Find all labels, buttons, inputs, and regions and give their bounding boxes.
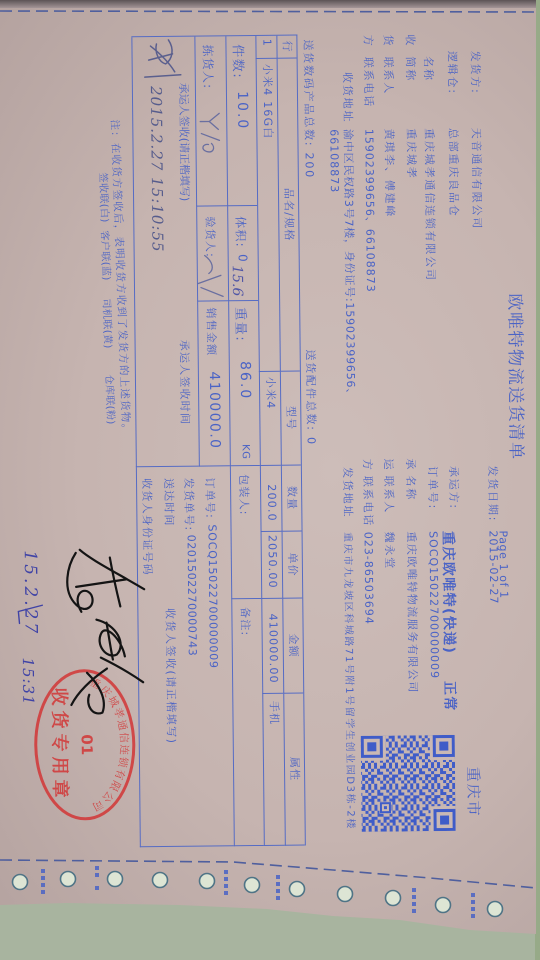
- sales-amount-cell: 销售金额 410000.0: [197, 301, 230, 466]
- row-quantity: 200.0: [260, 466, 282, 532]
- remark-label: 备注:: [237, 607, 253, 636]
- row-attribute: 手机: [262, 694, 285, 846]
- remark-cell: 备注:: [231, 599, 264, 846]
- consignee-name-value: 重庆城孝通信连锁有限公司: [422, 128, 436, 282]
- accessories-total: 送货配件总数: 0: [304, 349, 317, 446]
- stamp-title: 收货专用章: [48, 687, 71, 802]
- carrier-group-char: 方: [361, 459, 373, 472]
- carrier-group-char: 运: [382, 459, 394, 472]
- header-amount: 金额: [282, 599, 303, 694]
- order-info-cell: 订单号: SOCQ15022700000009 发货单号: 0201502270…: [136, 466, 234, 847]
- copy-label-white: 签收联(白): [96, 172, 110, 223]
- pieces-cell: 件数: 10.0: [225, 36, 257, 206]
- pieces-value: 10.0: [234, 91, 250, 130]
- carrier-sign-time-label: 承运人签收时间: [177, 340, 194, 426]
- row-amount: 410000.00: [261, 599, 283, 694]
- carrier-value: 重庆欧唯特(快递): [440, 531, 456, 655]
- consignee-group-char: 方: [361, 35, 373, 48]
- sales-amount-value: 410000.0: [206, 371, 223, 449]
- volume-label: 体积:: [232, 216, 249, 248]
- warehouse-label: 逻辑仓:: [446, 51, 458, 95]
- carrier-sign-datetime-handwritten: 2015.2.27 15:10:55: [147, 86, 167, 253]
- ship-from-address-label: 发货地址: [341, 467, 354, 518]
- consignee-group-char: 货: [381, 35, 393, 48]
- carrier-contact-label: 联系人: [382, 476, 394, 515]
- consignee-contact-label: 联系人: [382, 57, 394, 96]
- consignee-short-name-value: 重庆城孝: [404, 128, 417, 179]
- ship-date-label: 发货日期:: [486, 465, 499, 522]
- consignee-phone-label: 联系电话: [362, 57, 375, 108]
- shipment-no-label: 发货单号:: [181, 478, 198, 532]
- consignee-name-label: 名称: [422, 56, 434, 82]
- shipper-label: 发货方:: [469, 51, 481, 95]
- qr-code-icon: [361, 735, 456, 832]
- order-no-value: SOCQ15022700000009: [427, 531, 441, 679]
- header-quantity: 数量: [281, 466, 302, 532]
- shipment-no-value: 0201502270000743: [185, 535, 199, 657]
- carrier-name-label: 名称: [404, 475, 416, 501]
- order-no-label: 订单号:: [426, 466, 438, 510]
- header-unit-price: 单价: [282, 532, 303, 599]
- ship-date-value: 2015-02-27: [487, 530, 500, 604]
- carrier-phone-value: 023-86503694: [362, 532, 375, 625]
- header-model: 型号: [280, 372, 301, 466]
- carrier-name-value: 重庆欧唯特物流服务有限公司: [405, 531, 419, 694]
- table-order-no-value: SOCQ15022700000009: [205, 524, 220, 668]
- shipper-value: 天音通信有限公司: [469, 128, 482, 231]
- consignee-address-label: 收货地址: [341, 72, 354, 123]
- header-product-name: 品名/规格: [277, 59, 300, 372]
- carrier-sign-label: 承运人签收(请正楷填写): [176, 83, 193, 202]
- carrier-phone-label: 联系电话: [361, 476, 374, 527]
- weight-cell: 重量: 86.0 KG: [228, 301, 260, 466]
- accessory-total-label: 送货配件总数:: [304, 349, 318, 431]
- stamp-number: 01: [78, 734, 96, 755]
- digital-products-total: 送货数码产品总数: 200: [301, 39, 314, 179]
- consignee-phone-value: 15902399656、66108873: [362, 129, 376, 293]
- digital-total-label: 送货数码产品总数:: [301, 39, 315, 147]
- copy-label-pink: 仓库联(粉): [102, 374, 116, 425]
- row-product-name: 小米4 16G白: [256, 59, 280, 372]
- picker-label: 拣货人:: [199, 44, 216, 89]
- consignee-address-value: 渝中区民权路3号7楼，身份证号:15902399656、: [341, 129, 356, 400]
- consignee-contact-value: 黄琪李、傅建峰: [382, 129, 395, 219]
- carrier-status: 正常: [441, 681, 456, 712]
- consignee-short-name-label: 简称: [404, 56, 416, 82]
- consignee-address-value-cont: 66108873: [327, 129, 340, 193]
- carrier-group-char: 承: [404, 458, 416, 471]
- copy-label-yellow: 司机联(黄): [99, 298, 113, 349]
- carrier-label: 承运方:: [447, 466, 459, 510]
- pieces-label: 件数:: [229, 44, 248, 79]
- receipt-stamp: 重庆城孝通信连锁有限公司 01 收货专用章: [32, 667, 138, 822]
- row-line-no: 1: [255, 36, 276, 59]
- document-title: 欧唯特物流送货清单: [505, 293, 525, 461]
- receipt-date-handwritten: 15.2.27: [20, 550, 41, 636]
- volume-value: 0: [236, 254, 250, 263]
- delivery-time-label: 送达时间: [161, 478, 178, 527]
- sales-amount-label: 销售金额: [203, 307, 220, 356]
- picker-cell: 拣货人:: [194, 36, 227, 206]
- row-unit-price: 2050.00: [261, 532, 283, 599]
- city-label: 重庆市: [465, 767, 482, 818]
- ship-from-address-value: 重庆市九龙坡区科城路71号附1号留学生创业园D3栋-2楼: [341, 532, 356, 830]
- weight-label: 重量:: [232, 307, 251, 342]
- accessory-total-value: 0: [305, 437, 318, 446]
- header-line-no: 行: [276, 36, 296, 59]
- volume-handwritten-note: 15.6: [229, 265, 245, 296]
- weight-value: 86.0: [237, 361, 253, 400]
- warehouse-value: 总部重庆良品仓: [446, 128, 459, 218]
- receiver-id-label: 收货人身份证号码: [139, 478, 156, 576]
- packer-label: 包装人:: [236, 474, 252, 516]
- carrier-contact-value: 魏永堂: [383, 532, 395, 571]
- inspector-cell: 验货人:: [196, 206, 228, 301]
- row-model: 小米4: [259, 372, 281, 466]
- copy-label-blue: 客户联(蓝): [97, 230, 111, 281]
- digital-total-value: 200: [303, 153, 316, 180]
- weight-unit: KG: [240, 444, 251, 459]
- delivery-note-document: 欧唯特物流送货清单 Page 1 of 1 发货日期: 2015-02-27 重…: [0, 0, 540, 960]
- packer-cell: 包装人:: [230, 466, 261, 599]
- header-attribute: 属性: [283, 694, 305, 846]
- table-order-no-label: 订单号:: [202, 477, 218, 519]
- inspector-label: 验货人:: [202, 216, 218, 258]
- consignee-group-char: 收: [403, 34, 415, 47]
- receiver-sign-label: 收货人签收(请正楷填写): [162, 608, 179, 745]
